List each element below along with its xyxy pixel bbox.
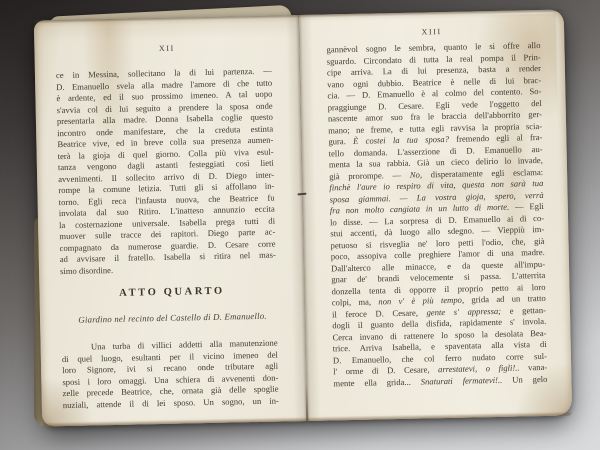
page-right: XIII gannèvol sogno le sembra, quanto le…: [299, 9, 572, 420]
text-segment: disperatamente egli esclama:: [422, 166, 543, 179]
page-number-right: XIII: [299, 24, 564, 39]
photo-background: XII ce in Messina, sollecitano la di lui…: [0, 0, 600, 450]
text-segment: gente s' appressa;: [426, 305, 501, 317]
text-segment: mente ella grida...: [333, 376, 420, 388]
text-segment: , grida ad un tratto: [462, 293, 546, 305]
text-segment: Un gelo: [502, 373, 547, 384]
page-number-left: XII: [34, 41, 299, 56]
open-book: XII ce in Messina, sollecitano la di lui…: [34, 9, 572, 426]
right-page-paragraph: gannèvol sogno le sembra, quanto le si o…: [326, 40, 547, 389]
text-segment: già prorompe. —: [329, 169, 410, 181]
text-segment: No,: [410, 169, 422, 179]
text-segment: gura.: [328, 136, 353, 147]
left-page-paragraph-1: ce in Messina, sollecitano la di lui par…: [56, 66, 276, 277]
text-segment: Snaturati fermatevi!..: [421, 374, 503, 386]
text-segment: simo disordine.: [60, 264, 113, 275]
text-segment: arrestatevi, o figli!..: [438, 362, 520, 374]
scene-heading: Giardino nel recinto del Castello di D. …: [40, 310, 305, 326]
text-segment: non v' è più tempo: [378, 295, 462, 307]
text-segment: l' orme di D. Cesare,: [333, 364, 438, 376]
left-page-paragraph-2: Una turba di villici addetti alla manute…: [62, 338, 279, 412]
text-segment: vana-: [519, 362, 547, 373]
text-segment: colpi, ma,: [332, 296, 379, 307]
text-segment: fremendo egli al fra-: [449, 132, 543, 144]
paper-stain: [34, 15, 299, 43]
text-segment: il feroce D. Cesare,: [332, 307, 427, 319]
page-left: XII ce in Messina, sollecitano la di lui…: [34, 15, 307, 426]
book-pages: XII ce in Messina, sollecitano la di lui…: [34, 9, 572, 426]
text-segment: — Egli: [509, 201, 544, 212]
text-segment: È costei la tua sposa?: [353, 134, 449, 146]
text-segment: e gettan-: [501, 304, 546, 315]
act-heading: ATTO QUARTO: [39, 284, 304, 301]
